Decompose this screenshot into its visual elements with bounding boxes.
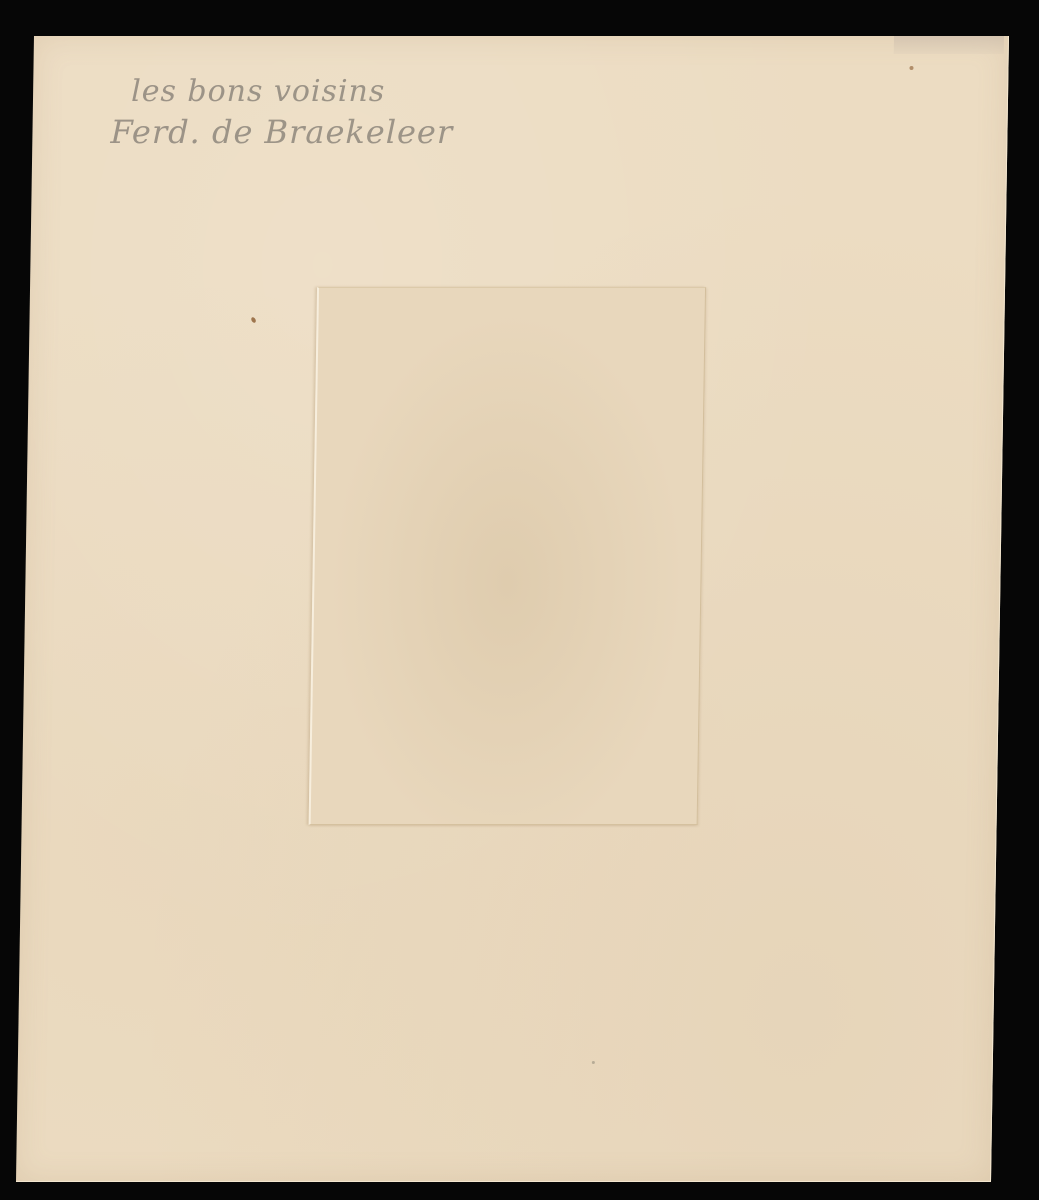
plate-mark [309,287,706,825]
scan-background: les bons voisins Ferd. de Braekeleer [0,0,1039,1200]
inscription-title: les bons voisins [91,72,454,112]
foxing-spot [250,316,256,323]
handwritten-inscription: les bons voisins Ferd. de Braekeleer [90,72,454,152]
inscription-artist: Ferd. de Braekeleer [90,112,453,152]
foxing-spot [909,66,913,70]
pencil-dot [592,1061,595,1064]
tape-residue [894,36,1004,54]
paper-sheet: les bons voisins Ferd. de Braekeleer [16,36,1009,1182]
